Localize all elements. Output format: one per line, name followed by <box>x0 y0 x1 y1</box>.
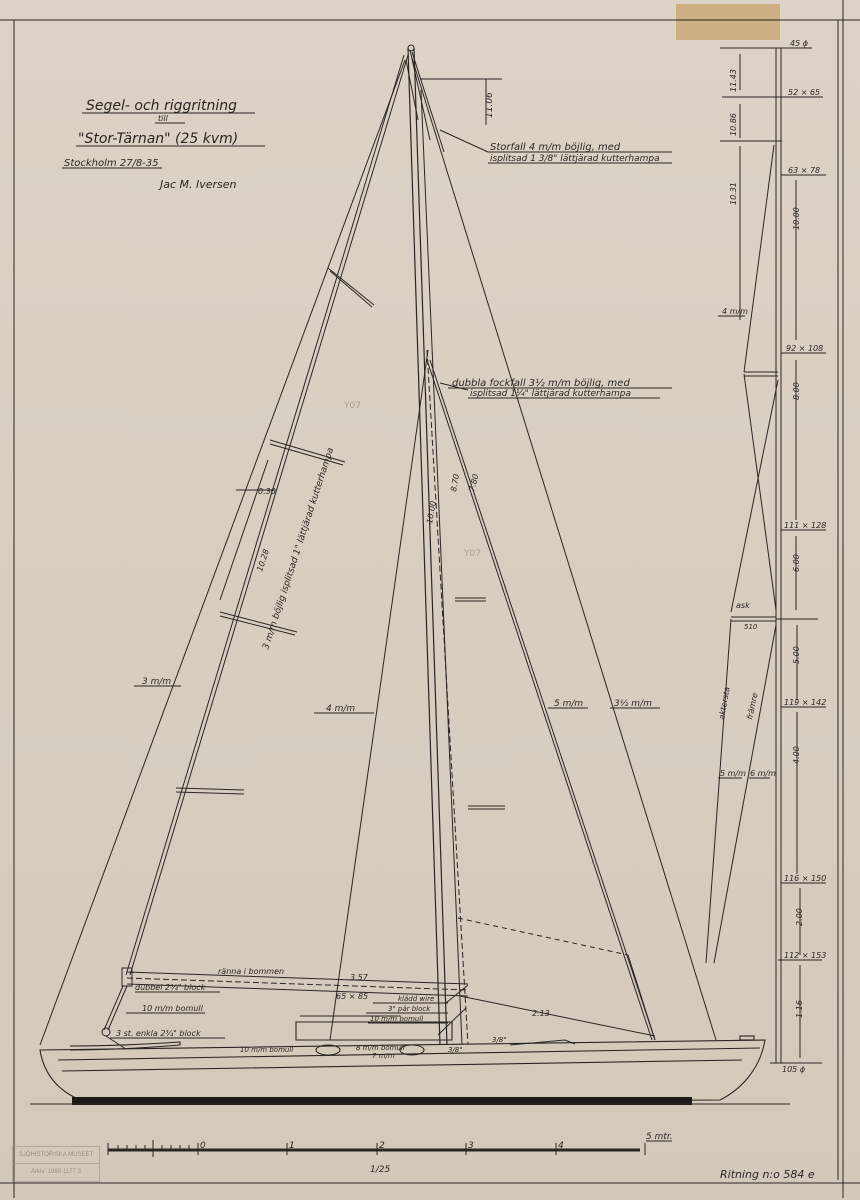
jib-halyard-note-2: isplitsad 1¼" lättjärad kutterhampa <box>470 389 631 399</box>
dim-7: 1.16 <box>795 1000 804 1018</box>
fwd-shroud-size: 6 m/m <box>750 769 776 778</box>
museum-stamp: SJÖHISTORISKA MUSEET Arkiv: 1990-1177 3 <box>12 1146 100 1182</box>
aft-shroud-label: aktersta <box>717 686 732 720</box>
scale-tick-3: 3 <box>468 1141 474 1151</box>
title-block: Segel- och riggritning till "Stor-Tärnan… <box>64 98 238 191</box>
fitting-a: 3/8" <box>448 1046 463 1054</box>
drawing-number: Ritning n:o 584 e <box>720 1168 815 1181</box>
dim-1: 10.86 <box>729 113 738 136</box>
scale-ratio: 1/25 <box>370 1165 390 1175</box>
section-0: 45 ϕ <box>790 39 809 48</box>
scale-tick-2: 2 <box>379 1141 385 1151</box>
annotations: Storfall 4 m/m böjlig, med isplitsad 1 3… <box>116 92 660 1060</box>
scale-bar-graphic <box>108 1140 672 1157</box>
section-6: 116 × 150 <box>784 874 826 883</box>
mast-detail <box>706 20 838 1180</box>
luff-length-dim: 10.00 <box>425 500 438 524</box>
section-3: 92 × 108 <box>786 344 823 353</box>
pair-block-label: 3" pär block <box>388 1005 431 1013</box>
mast-detail-labels: 45 ϕ 52 × 65 63 × 78 92 × 108 111 × 128 … <box>717 39 826 1074</box>
single-blocks-label: 3 st. enkla 2¾" block <box>116 1029 201 1038</box>
main-halyard-note-2: isplitsad 1 3/8" lättjärad kutterhampa <box>490 154 660 164</box>
section-2: 63 × 78 <box>788 166 820 175</box>
jib-halyard-note-1: dubbla fockfall 3½ m/m böjlig, med <box>452 377 630 389</box>
border-frame <box>0 0 860 1198</box>
scale-tick-4: 4 <box>558 1141 564 1151</box>
cotton-10mm-c: 10 m/m bomull <box>370 1015 423 1023</box>
scale-tick-1: 1 <box>289 1141 295 1151</box>
cotton-10mm-a: 10 m/m bomull <box>142 1004 204 1013</box>
museum-name: SJÖHISTORISKA MUSEET <box>13 1147 99 1164</box>
covered-wire-label: klädd wire <box>398 995 434 1003</box>
pencil-mark: Y07 <box>343 401 361 411</box>
stay-35mm-label: 3½ m/m <box>614 699 652 709</box>
title-line2: till <box>158 114 169 123</box>
fitting-b: 3/8" <box>492 1036 507 1044</box>
boom-groove-label: ränna i bommen <box>218 967 284 976</box>
cotton-8mm: 8 m/m bomull <box>356 1044 405 1052</box>
dim-870: 8.70 <box>449 473 461 492</box>
section-5: 119 × 142 <box>784 698 826 707</box>
main-halyard-note-1: Storfall 4 m/m böjlig, med <box>490 142 621 153</box>
stay-3mm-label: 3 m/m <box>142 677 171 687</box>
fwd-shroud-label: främre <box>745 692 759 720</box>
leech-rope-note: 3 m/m böjlig isplitsad 1" lättjärad kutt… <box>261 447 336 651</box>
dim-4: 6.00 <box>792 554 801 572</box>
dim-5: 4.00 <box>792 746 801 764</box>
spreader-width: 510 <box>744 623 758 631</box>
scale-tick-0: 0 <box>200 1141 206 1151</box>
sail-width-dim: 0.30 <box>258 487 276 496</box>
section-8: 105 ϕ <box>782 1065 806 1074</box>
boom-length-dim: 3.57 <box>350 973 369 982</box>
boat-name: "Stor-Tärnan" (25 kvm) <box>78 131 238 147</box>
scale-bar: 0 1 2 3 4 5 mtr. 1/25 <box>200 1132 673 1175</box>
boom-section-dim: 65 × 85 <box>336 992 368 1001</box>
rigging <box>40 45 716 1055</box>
section-7: 112 × 153 <box>784 951 826 960</box>
title-line1: Segel- och riggritning <box>86 98 237 114</box>
upper-stay-size: 4 m/m <box>722 307 748 316</box>
aft-shroud-size: 5 m/m <box>720 769 746 778</box>
archive-number: Arkiv: 1990-1177 3 <box>13 1164 99 1180</box>
signature: Jac M. Iversen <box>158 178 237 191</box>
double-block-label: dubbel 2¾" block <box>135 983 206 992</box>
pencil-mark-2: Y07 <box>463 549 481 559</box>
spreader-height: 5.00 <box>792 646 801 664</box>
dim-780: 7.80 <box>467 473 480 493</box>
dim-2: 10.00 <box>792 207 801 230</box>
stay-5mm-label: 5 m/m <box>554 699 583 709</box>
topmast-dim: 11.06 <box>485 92 495 118</box>
cotton-7mm: 7 m/m <box>372 1052 395 1060</box>
rigging-drawing: Segel- och riggritning till "Stor-Tärnan… <box>0 0 860 1200</box>
section-4: 111 × 128 <box>784 521 826 530</box>
cotton-10mm-b: 10 m/m bomull <box>240 1046 293 1054</box>
shroud-dim-left: 10.31 <box>729 182 738 205</box>
dim-6: 2.00 <box>795 908 804 926</box>
dim-0: 11.43 <box>729 69 738 92</box>
scale-tick-5: 5 mtr. <box>646 1132 673 1142</box>
dim-3: 8.00 <box>792 382 801 400</box>
stay-4mm-label: 4 m/m <box>326 704 355 714</box>
section-1: 52 × 65 <box>788 88 820 97</box>
spreader-material: ask <box>736 601 750 610</box>
place-date: Stockholm 27/8-35 <box>64 158 159 169</box>
jib-foot-dim: 2.13 <box>532 1009 550 1018</box>
